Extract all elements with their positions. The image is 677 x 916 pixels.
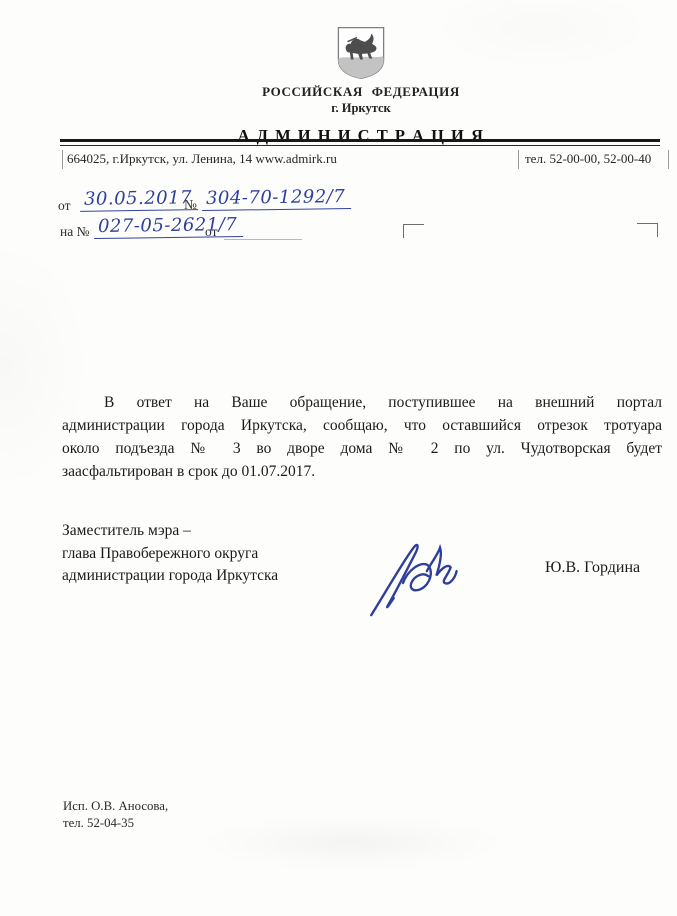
letterhead-city: г. Иркутск xyxy=(45,101,677,116)
letterhead-country: РОССИЙСКАЯ ФЕДЕРАЦИЯ xyxy=(45,84,677,100)
letterhead-address: 664025, г.Иркутск, ул. Ленина, 14 www.ad… xyxy=(62,150,467,169)
signatory-title-line: администрации города Иркутска xyxy=(62,565,392,588)
letter-body: В ответ на Ваше обращение, поступившее н… xyxy=(62,391,662,483)
address-zone-corner-mark-left xyxy=(403,224,424,238)
signatory-name: Ю.В. Гордина xyxy=(545,559,665,577)
scanned-letter-page: РОССИЙСКАЯ ФЕДЕРАЦИЯ г. Иркутск А Д М И … xyxy=(0,0,677,916)
executor-phone: тел. 52-04-35 xyxy=(63,815,168,832)
letterhead-divider-rule xyxy=(60,139,660,146)
letterhead: РОССИЙСКАЯ ФЕДЕРАЦИЯ г. Иркутск А Д М И … xyxy=(45,26,677,146)
letterhead-phone: тел. 52-00-00, 52-00-40 xyxy=(518,150,669,169)
ref-reply-number-handwritten: 027-05-2621/7 xyxy=(94,215,243,238)
signatory-title-line: Заместитель мэра – xyxy=(62,520,392,543)
body-line: заасфальтирован в срок до 01.07.2017. xyxy=(62,460,662,483)
ref-date-handwritten: 30.05.2017 xyxy=(80,188,198,211)
ref-number-handwritten: 304-70-1292/7 xyxy=(202,187,351,210)
body-line: около подъезда № 3 во дворе дома № 2 по … xyxy=(62,437,662,460)
body-line: администрации города Иркутска, сообщаю, … xyxy=(62,414,662,437)
coat-of-arms-irkutsk-babr-icon xyxy=(337,26,385,80)
executor-block: Исп. О.В. Аносова, тел. 52-04-35 xyxy=(63,798,168,832)
handwritten-signature-icon xyxy=(359,532,473,624)
executor-name: Исп. О.В. Аносова, xyxy=(63,798,168,815)
ref-number-label: № xyxy=(184,196,197,214)
signatory-title-line: глава Правобережного округа xyxy=(62,543,392,566)
signatory-title: Заместитель мэра – глава Правобережного … xyxy=(62,520,392,588)
body-line: В ответ на Ваше обращение, поступившее н… xyxy=(62,391,662,414)
address-zone-corner-mark-right xyxy=(637,223,658,237)
ref-from-label: от xyxy=(58,197,70,215)
ref-reply-label: на № xyxy=(60,223,89,241)
